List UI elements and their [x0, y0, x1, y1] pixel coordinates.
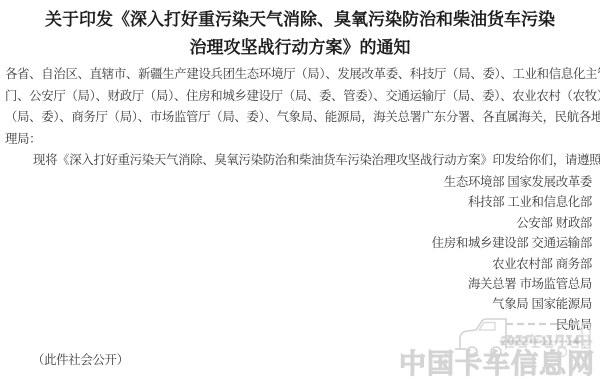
- document-title-line1: 关于印发《深入打好重污染天气消除、臭氧污染防治和柴油货车污染: [0, 6, 600, 34]
- signatory-line: 住房和城乡建设部 交通运输部: [200, 233, 592, 253]
- document-title-line2: 治理攻坚战行动方案》的通知: [0, 34, 600, 62]
- public-disclosure-note: （此件社会公开）: [32, 350, 129, 368]
- addressee-paragraph: 各省、自治区、直辖市、新疆生产建设兵团生态环境厅（局）、发展改革委、科技厅（局、…: [5, 64, 596, 150]
- signatory-line: 公安部 财政部: [200, 213, 592, 233]
- signatory-line: 海关总署 市场监管总局: [200, 274, 592, 294]
- signatory-line: 生态环境部 国家发展改革委: [200, 172, 592, 192]
- notice-document-page: 关于印发《深入打好重污染天气消除、臭氧污染防治和柴油货车污染 治理攻坚战行动方案…: [0, 0, 600, 380]
- signatory-line: 气象局 国家能源局: [200, 294, 592, 314]
- issue-date-line: 2022年11月14日: [501, 331, 592, 349]
- signatory-line: 科技部 工业和信息化部: [200, 192, 592, 212]
- addressee-line: 门、公安厅（局）、财政厅（局）、住房和城乡建设厅（局、委、管委）、交通运输厅（局…: [5, 86, 596, 108]
- addressee-line: （局、委）、商务厅（局）、市场监管厅（局、委）、气象局、能源局，海关总署广东分署…: [5, 107, 596, 129]
- body-paragraph: 现将《深入打好重污染天气消除、臭氧污染防治和柴油货车污染治理攻坚战行动方案》印发…: [5, 151, 596, 169]
- addressee-line: 各省、自治区、直辖市、新疆生产建设兵团生态环境厅（局）、发展改革委、科技厅（局、…: [5, 64, 596, 86]
- document-title: 关于印发《深入打好重污染天气消除、臭氧污染防治和柴油货车污染 治理攻坚战行动方案…: [0, 6, 600, 62]
- signatory-block: 生态环境部 国家发展改革委 科技部 工业和信息化部 公安部 财政部 住房和城乡建…: [200, 172, 592, 335]
- issue-date-obscured: 2022年11月14日: [501, 334, 592, 348]
- signatory-line: 农业农村部 商务部: [200, 254, 592, 274]
- addressee-line: 理局：: [5, 129, 596, 151]
